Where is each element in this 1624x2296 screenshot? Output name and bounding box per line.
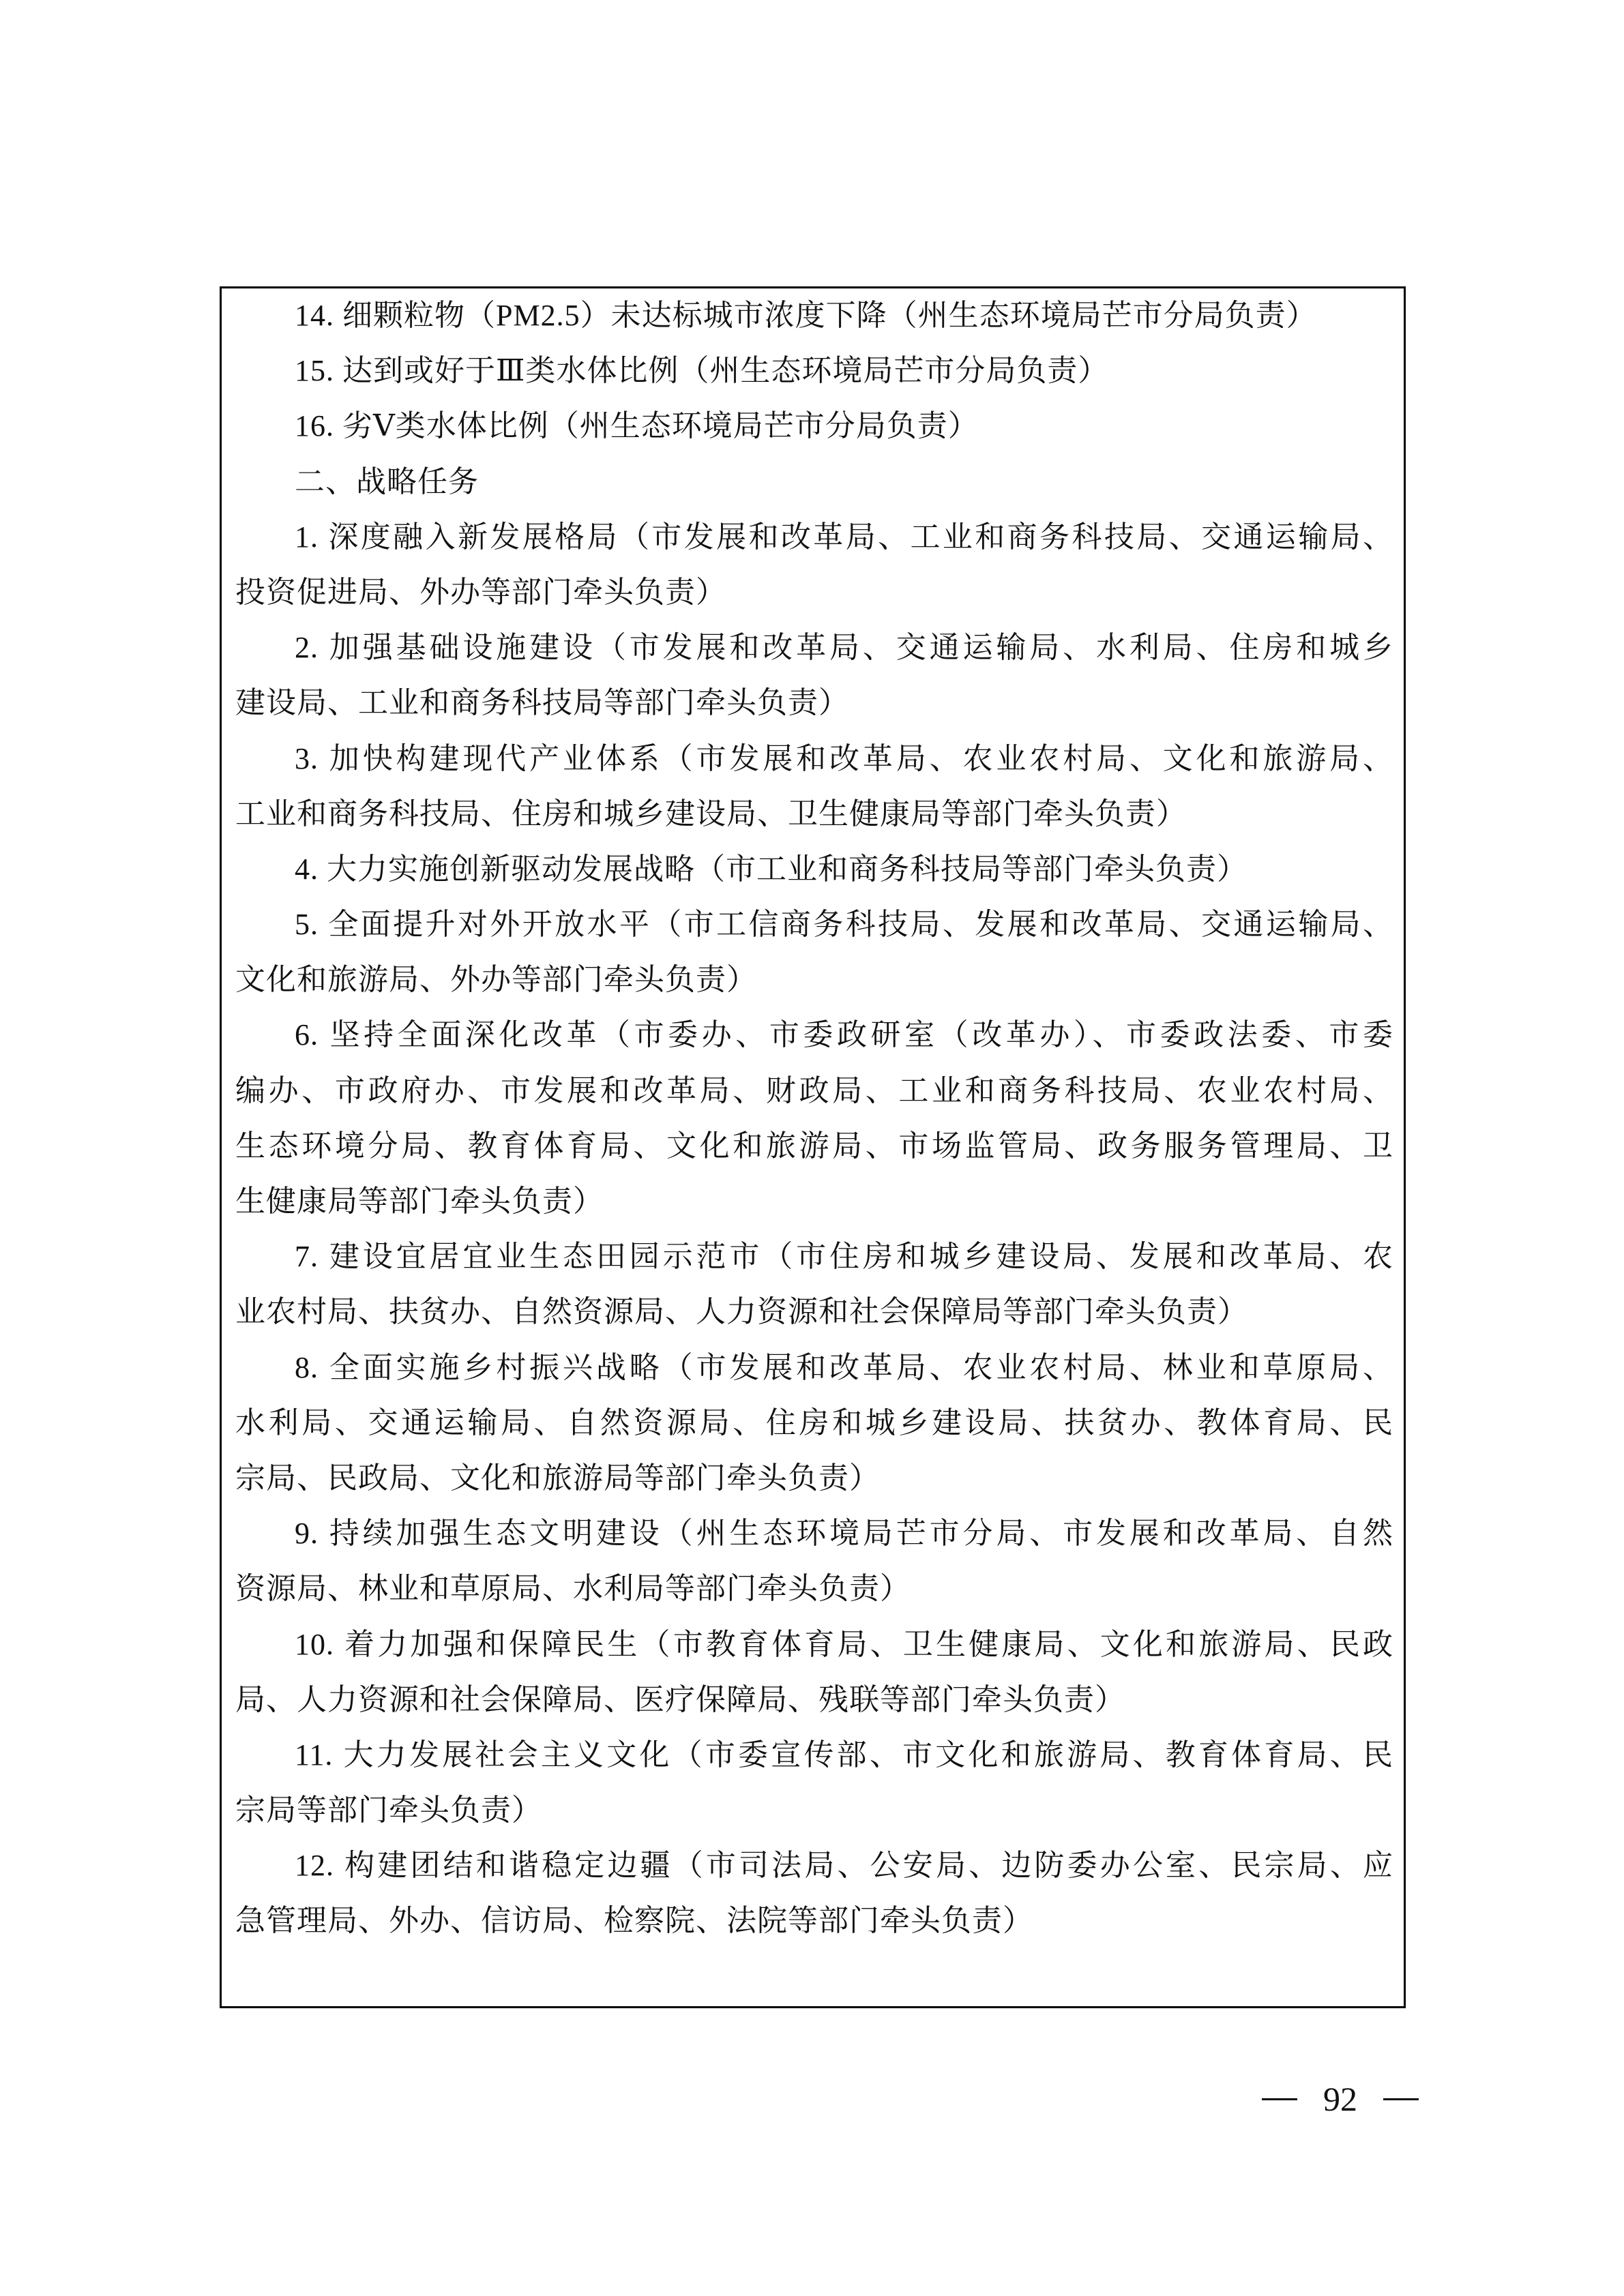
paragraph-line: 14. 细颗粒物（PM2.5）未达标城市浓度下降（州生态环境局芒市分局负责） xyxy=(235,288,1393,343)
paragraph-line: 水利局、交通运输局、自然资源局、住房和城乡建设局、扶贫办、教体育局、民 xyxy=(235,1395,1393,1450)
paragraph-line: 工业和商务科技局、住房和城乡建设局、卫生健康局等部门牵头负责） xyxy=(235,786,1393,841)
paragraph-line: 资源局、林业和草原局、水利局等部门牵头负责） xyxy=(235,1561,1393,1616)
paragraph-line: 局、人力资源和社会保障局、医疗保障局、残联等部门牵头负责） xyxy=(235,1672,1393,1727)
paragraph-line: 编办、市政府办、市发展和改革局、财政局、工业和商务科技局、农业农村局、 xyxy=(235,1063,1393,1118)
paragraph-line: 7. 建设宜居宜业生态田园示范市（市住房和城乡建设局、发展和改革局、农 xyxy=(235,1229,1393,1284)
paragraph-line: 业农村局、扶贫办、自然资源局、人力资源和社会保障局等部门牵头负责） xyxy=(235,1284,1393,1339)
paragraph-line: 5. 全面提升对外开放水平（市工信商务科技局、发展和改革局、交通运输局、 xyxy=(235,897,1393,952)
paragraph-line: 宗局等部门牵头负责） xyxy=(235,1783,1393,1838)
dash-right-decoration xyxy=(1383,2098,1419,2100)
page-number: 92 xyxy=(1323,2078,1357,2119)
paragraph-line: 2. 加强基础设施建设（市发展和改革局、交通运输局、水利局、住房和城乡 xyxy=(235,620,1393,675)
paragraph-line: 4. 大力实施创新驱动发展战略（市工业和商务科技局等部门牵头负责） xyxy=(235,841,1393,897)
paragraph-line: 12. 构建团结和谐稳定边疆（市司法局、公安局、边防委办公室、民宗局、应 xyxy=(235,1838,1393,1893)
paragraph-line: 投资促进局、外办等部门牵头负责） xyxy=(235,565,1393,620)
paragraph-line: 15. 达到或好于Ⅲ类水体比例（州生态环境局芒市分局负责） xyxy=(235,343,1393,398)
document-body: 14. 细颗粒物（PM2.5）未达标城市浓度下降（州生态环境局芒市分局负责） 1… xyxy=(235,288,1393,1949)
section-heading: 二、战略任务 xyxy=(235,454,1393,509)
page-number-footer: 92 xyxy=(1262,2078,1419,2119)
paragraph-line: 1. 深度融入新发展格局（市发展和改革局、工业和商务科技局、交通运输局、 xyxy=(235,509,1393,565)
paragraph-line: 生态环境分局、教育体育局、文化和旅游局、市场监管局、政务服务管理局、卫 xyxy=(235,1118,1393,1174)
paragraph-line: 9. 持续加强生态文明建设（州生态环境局芒市分局、市发展和改革局、自然 xyxy=(235,1506,1393,1561)
paragraph-line: 宗局、民政局、文化和旅游局等部门牵头负责） xyxy=(235,1450,1393,1506)
paragraph-line: 11. 大力发展社会主义文化（市委宣传部、市文化和旅游局、教育体育局、民 xyxy=(235,1727,1393,1783)
paragraph-line: 生健康局等部门牵头负责） xyxy=(235,1174,1393,1229)
paragraph-line: 3. 加快构建现代产业体系（市发展和改革局、农业农村局、文化和旅游局、 xyxy=(235,731,1393,786)
paragraph-line: 16. 劣Ⅴ类水体比例（州生态环境局芒市分局负责） xyxy=(235,398,1393,453)
paragraph-line: 建设局、工业和商务科技局等部门牵头负责） xyxy=(235,675,1393,730)
dash-left-decoration xyxy=(1262,2098,1297,2100)
paragraph-line: 6. 坚持全面深化改革（市委办、市委政研室（改革办）、市委政法委、市委 xyxy=(235,1007,1393,1062)
paragraph-line: 急管理局、外办、信访局、检察院、法院等部门牵头负责） xyxy=(235,1893,1393,1948)
paragraph-line: 文化和旅游局、外办等部门牵头负责） xyxy=(235,952,1393,1007)
paragraph-line: 8. 全面实施乡村振兴战略（市发展和改革局、农业农村局、林业和草原局、 xyxy=(235,1340,1393,1395)
paragraph-line: 10. 着力加强和保障民生（市教育体育局、卫生健康局、文化和旅游局、民政 xyxy=(235,1617,1393,1672)
